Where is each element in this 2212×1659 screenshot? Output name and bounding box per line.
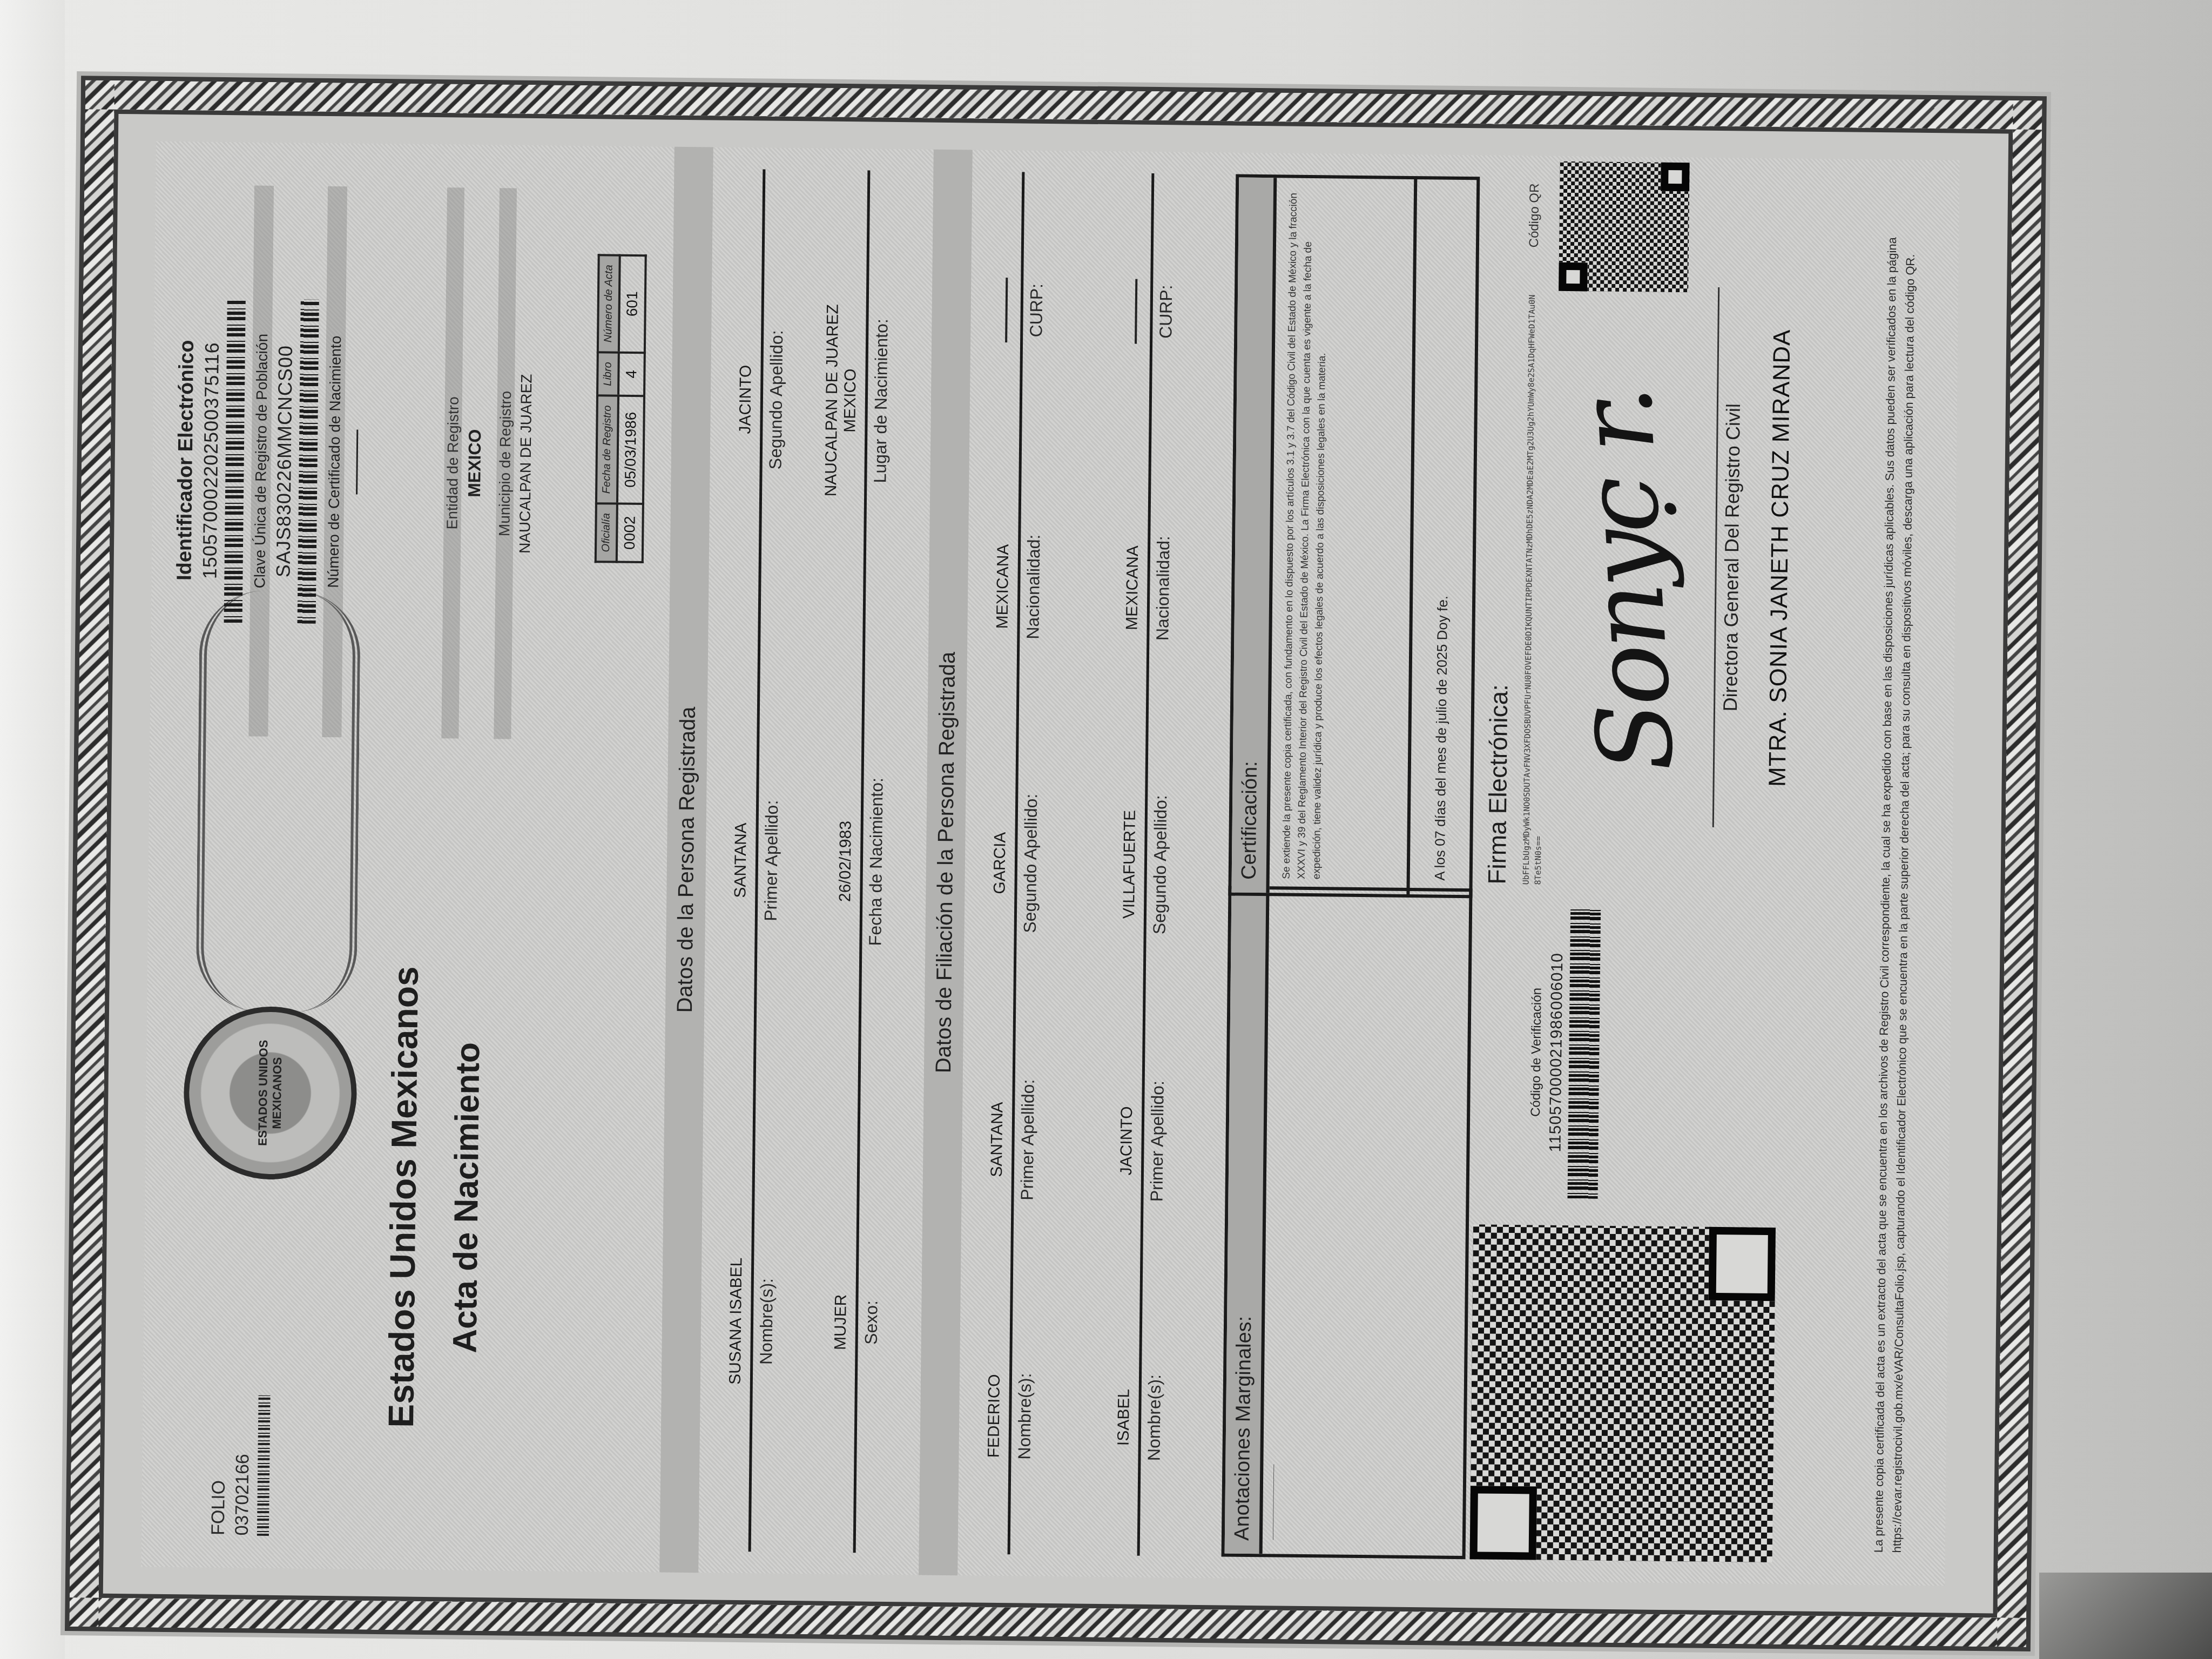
- director-signature: Sonyc̣ r.: [1555, 387, 1697, 775]
- person-birth-place: NAUCALPAN DE JUAREZ MEXICO: [820, 170, 862, 631]
- registered-person-section-title: Datos de la Persona Registrada: [659, 147, 713, 1573]
- national-seal-icon: ESTADOS UNIDOS MEXICANOS: [183, 1006, 358, 1180]
- document-title: Acta de Nacimiento: [444, 846, 490, 1549]
- certification-date: A los 07 días del mes de julio de 2025 D…: [1406, 179, 1476, 895]
- electronic-signature-title: Firma Electrónica:: [1482, 684, 1514, 885]
- director-title: Directora General Del Registro Civil: [1718, 287, 1746, 827]
- person-birth-date-label: Fecha de Nacimiento:: [864, 631, 889, 1092]
- table-header-fecha: Fecha de Registro: [596, 395, 618, 503]
- mother-nationality: MEXICANA: [1122, 449, 1143, 726]
- legal-notice: La presente copia certificada del acta e…: [1870, 192, 1920, 1553]
- photo-background-corner: [2039, 1573, 2212, 1659]
- filiation-section-title: Datos de Filiación de la Persona Registr…: [919, 150, 973, 1576]
- mother-names-label: Nombre(s):: [1143, 1279, 1166, 1556]
- municipality-label: Municipio de Registro: [494, 188, 517, 739]
- document-header: FOLIO 03702166 ESTADOS UNIDOS MEXICANOS …: [141, 141, 545, 1571]
- document-body: FOLIO 03702166 ESTADOS UNIDOS MEXICANOS …: [141, 141, 1959, 1586]
- person-first-surname: SANTANA: [730, 630, 753, 1091]
- father-nationality-label: Nacionalidad:: [1022, 448, 1045, 725]
- mother-first-surname-label: Primer Apellido:: [1146, 1003, 1169, 1279]
- electronic-id-value: 150570002202500375116: [197, 185, 225, 736]
- person-sex-label: Sexo:: [859, 1092, 884, 1553]
- municipality-value: NAUCALPAN DE JUAREZ: [514, 188, 537, 739]
- mother-names: ISABEL: [1114, 1279, 1135, 1555]
- person-birth-date: 26/02/1983: [834, 631, 858, 1092]
- certificate-label: Número de Certificado de Nacimiento: [322, 186, 347, 737]
- qr-code-label: Código QR: [1527, 183, 1542, 247]
- marginal-notes-box: Anotaciones Marginales: ——————————: [1222, 886, 1473, 1559]
- director-name: MTRA. SONIA JANETH CRUZ MIRANDA: [1763, 234, 1797, 882]
- curp-value: SAJS830226MMCNCS00: [270, 186, 299, 737]
- small-qr-code-icon: [1559, 161, 1690, 293]
- large-qr-code-icon: [1470, 1224, 1776, 1562]
- mother-nationality-label: Nacionalidad:: [1152, 450, 1175, 726]
- verification-code-value: 115057000021986006010: [1546, 891, 1567, 1215]
- seal-text: ESTADOS UNIDOS MEXICANOS: [188, 1011, 352, 1175]
- registered-person-names-row: SUSANA ISABEL SANTANA JACINTO Nombre(s):…: [725, 169, 789, 1552]
- mother-curp: [1125, 173, 1146, 449]
- marginal-notes-title: Anotaciones Marginales:: [1225, 889, 1270, 1554]
- person-sex: MUJER: [829, 1092, 853, 1553]
- registry-table: Oficialía Fecha de Registro Libro Número…: [595, 254, 647, 563]
- father-second-surname-label: Segundo Apellido:: [1019, 725, 1042, 1001]
- verification-code-label: Código de Verificación: [1527, 890, 1546, 1214]
- entity-value: MEXICO: [462, 188, 488, 739]
- parent-row-mother: ISABEL JACINTO VILLAFUERTE MEXICANA Nomb…: [1114, 173, 1178, 1556]
- folio-block: FOLIO 03702166: [206, 1395, 271, 1536]
- person-names-label: Nombre(s):: [754, 1091, 779, 1552]
- verification-barcode-icon: [1568, 907, 1601, 1199]
- identifiers-block: Identificador Electrónico 15057000220250…: [171, 185, 366, 738]
- mother-curp-label: CURP:: [1155, 173, 1177, 450]
- curp-barcode-icon: [298, 299, 319, 623]
- electronic-id-label: Identificador Electrónico: [171, 185, 200, 736]
- person-second-surname: JACINTO: [734, 169, 757, 630]
- mother-second-surname-label: Segundo Apellido:: [1149, 726, 1171, 1003]
- table-cell-numero-acta: 601: [619, 255, 646, 353]
- person-birth-place-label: Lugar de Nacimiento:: [868, 171, 893, 632]
- table-cell-fecha: 05/03/1986: [617, 396, 644, 504]
- certificate-empty-dash: [356, 430, 358, 495]
- parent-row-father: FEDERICO SANTANA GARCIA MEXICANA Nombre(…: [984, 172, 1048, 1555]
- folio-label: FOLIO: [206, 1395, 232, 1535]
- registry-location-block: Entidad de Registro MEXICO Municipio de …: [441, 187, 537, 739]
- electronic-signature-hash: UbFFLbUgzMDyWk1NO0SDUTAvFNV3XFDOSBUVPFUr…: [1520, 291, 1550, 885]
- entity-label: Entidad de Registro: [441, 187, 464, 738]
- person-names: SUSANA ISABEL: [725, 1091, 748, 1552]
- certification-text: Se extiende la presente copia certificad…: [1269, 178, 1341, 893]
- curp-empty-dash: [1005, 278, 1008, 342]
- birth-certificate-document: FOLIO 03702166 ESTADOS UNIDOS MEXICANOS …: [65, 76, 2047, 1651]
- mother-first-surname: JACINTO: [1116, 1002, 1137, 1279]
- father-curp: [995, 172, 1016, 448]
- person-second-surname-label: Segundo Apellido:: [764, 170, 788, 631]
- person-first-surname-label: Primer Apellido:: [759, 630, 784, 1091]
- folio-barcode-icon: [257, 1395, 271, 1536]
- folio-value: 03702166: [230, 1395, 255, 1535]
- father-first-surname-label: Primer Apellido:: [1016, 1001, 1039, 1278]
- father-names-label: Nombre(s):: [1014, 1278, 1036, 1554]
- electronic-id-barcode-icon: [224, 299, 246, 623]
- table-cell-libro: 4: [618, 352, 645, 396]
- father-curp-label: CURP:: [1025, 172, 1048, 449]
- table-header-numero-acta: Número de Acta: [598, 255, 620, 352]
- table-header-oficialia: Oficialía: [596, 503, 617, 562]
- curp-empty-dash: [1135, 279, 1137, 344]
- curp-label: Clave Única de Registro de Población: [248, 186, 274, 737]
- certification-box: Certificación: Se extiende la presente c…: [1228, 174, 1480, 899]
- table-cell-oficialia: 0002: [617, 503, 643, 562]
- country-title: Estados Unidos Mexicanos: [379, 846, 428, 1548]
- mother-second-surname: VILLAFUERTE: [1119, 726, 1140, 1002]
- father-first-surname: SANTANA: [987, 1001, 1008, 1278]
- father-second-surname: GARCIA: [989, 725, 1010, 1001]
- verification-code-block: Código de Verificación 11505700002198600…: [1527, 890, 1601, 1215]
- table-header-libro: Libro: [597, 352, 619, 396]
- registered-person-birth-row: MUJER 26/02/1983 NAUCALPAN DE JUAREZ MEX…: [811, 170, 894, 1553]
- father-nationality: MEXICANA: [993, 448, 1014, 725]
- photo-background-left: [0, 0, 65, 1659]
- father-names: FEDERICO: [984, 1278, 1005, 1554]
